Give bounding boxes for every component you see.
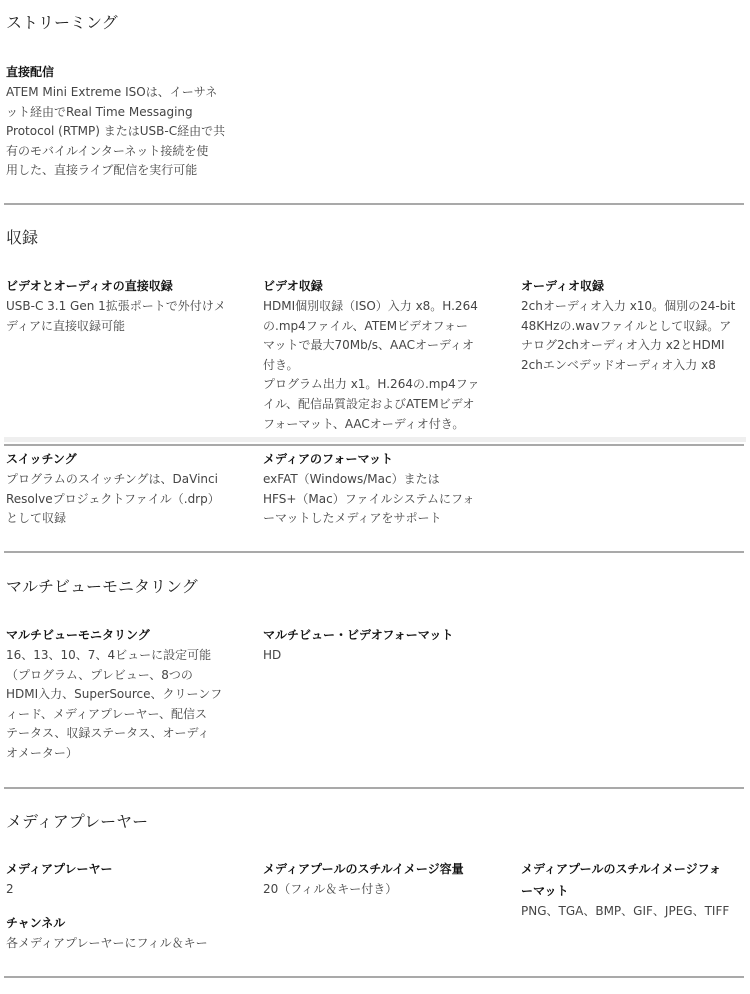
spec-audio-recording: オーディオ収録 2chオーディオ入力 x10。個別の24-bit 48KHzの.…	[521, 275, 750, 375]
section-divider	[4, 203, 744, 205]
section-divider	[4, 551, 744, 553]
spec-value: プログラムのスイッチングは、DaVinci Resolveプロジェクトファイル（…	[6, 470, 238, 529]
spec-direct-av-recording: ビデオとオーディオの直接収録 USB-C 3.1 Gen 1拡張ポートで外付けメ…	[6, 275, 238, 336]
spec-media-format: メディアのフォーマット exFAT（Windows/Mac）または HFS+（M…	[263, 448, 495, 529]
spec-label: ビデオとオーディオの直接収録	[6, 275, 238, 297]
spec-label: チャンネル	[6, 912, 238, 934]
spec-value: USB-C 3.1 Gen 1拡張ポートで外付けメ ディアに直接収録可能	[6, 297, 238, 336]
spec-direct-streaming: 直接配信 ATEM Mini Extreme ISOは、イーサネ ット経由でRe…	[6, 61, 238, 181]
spec-label: 直接配信	[6, 61, 238, 83]
spec-value: 20（フィル＆キー付き）	[263, 880, 495, 900]
spec-value: ATEM Mini Extreme ISOは、イーサネ ット経由でReal Ti…	[6, 83, 238, 181]
section-title-streaming: ストリーミング	[6, 10, 118, 33]
spec-label: オーディオ収録	[521, 275, 750, 297]
spec-switching: スイッチング プログラムのスイッチングは、DaVinci Resolveプロジェ…	[6, 448, 238, 529]
spec-video-recording: ビデオ収録 HDMI個別収録（ISO）入力 x8。H.264 の.mp4ファイル…	[263, 275, 495, 434]
spec-media-pool-still-format: メディアプールのスチルイメージフォ ーマット PNG、TGA、BMP、GIF、J…	[521, 858, 747, 922]
spec-multiview-video-format: マルチビュー・ビデオフォーマット HD	[263, 624, 495, 666]
section-title-media-player: メディアプレーヤー	[6, 809, 148, 832]
spec-label: マルチビューモニタリング	[6, 624, 238, 646]
row-separator-shade	[4, 437, 746, 442]
spec-value: 16、13、10、7、4ビューに設定可能 （プログラム、プレビュー、8つの HD…	[6, 646, 238, 764]
spec-label: メディアのフォーマット	[263, 448, 495, 470]
spec-value: 2chオーディオ入力 x10。個別の24-bit 48KHzの.wavファイルと…	[521, 297, 750, 375]
spec-value: 2	[6, 880, 238, 900]
spec-label: メディアプールのスチルイメージフォ ーマット	[521, 858, 747, 902]
spec-label: マルチビュー・ビデオフォーマット	[263, 624, 495, 646]
section-title-multiview: マルチビューモニタリング	[6, 574, 198, 597]
spec-media-players: メディアプレーヤー 2	[6, 858, 238, 900]
spec-label: メディアプレーヤー	[6, 858, 238, 880]
spec-value: HD	[263, 646, 495, 666]
spec-media-pool-still-capacity: メディアプールのスチルイメージ容量 20（フィル＆キー付き）	[263, 858, 495, 900]
section-title-recording: 収録	[6, 225, 38, 248]
spec-channels: チャンネル 各メディアプレーヤーにフィル＆キー	[6, 912, 238, 954]
spec-multiview-monitoring: マルチビューモニタリング 16、13、10、7、4ビューに設定可能 （プログラム…	[6, 624, 238, 764]
row-divider	[4, 444, 744, 446]
section-divider	[4, 787, 744, 789]
spec-value: HDMI個別収録（ISO）入力 x8。H.264 の.mp4ファイル、ATEMビ…	[263, 297, 495, 434]
section-divider	[4, 976, 744, 978]
spec-value: exFAT（Windows/Mac）または HFS+（Mac）ファイルシステムに…	[263, 470, 495, 529]
spec-value: PNG、TGA、BMP、GIF、JPEG、TIFF	[521, 902, 747, 922]
spec-label: メディアプールのスチルイメージ容量	[263, 858, 495, 880]
spec-label: ビデオ収録	[263, 275, 495, 297]
spec-value: 各メディアプレーヤーにフィル＆キー	[6, 934, 238, 954]
spec-label: スイッチング	[6, 448, 238, 470]
